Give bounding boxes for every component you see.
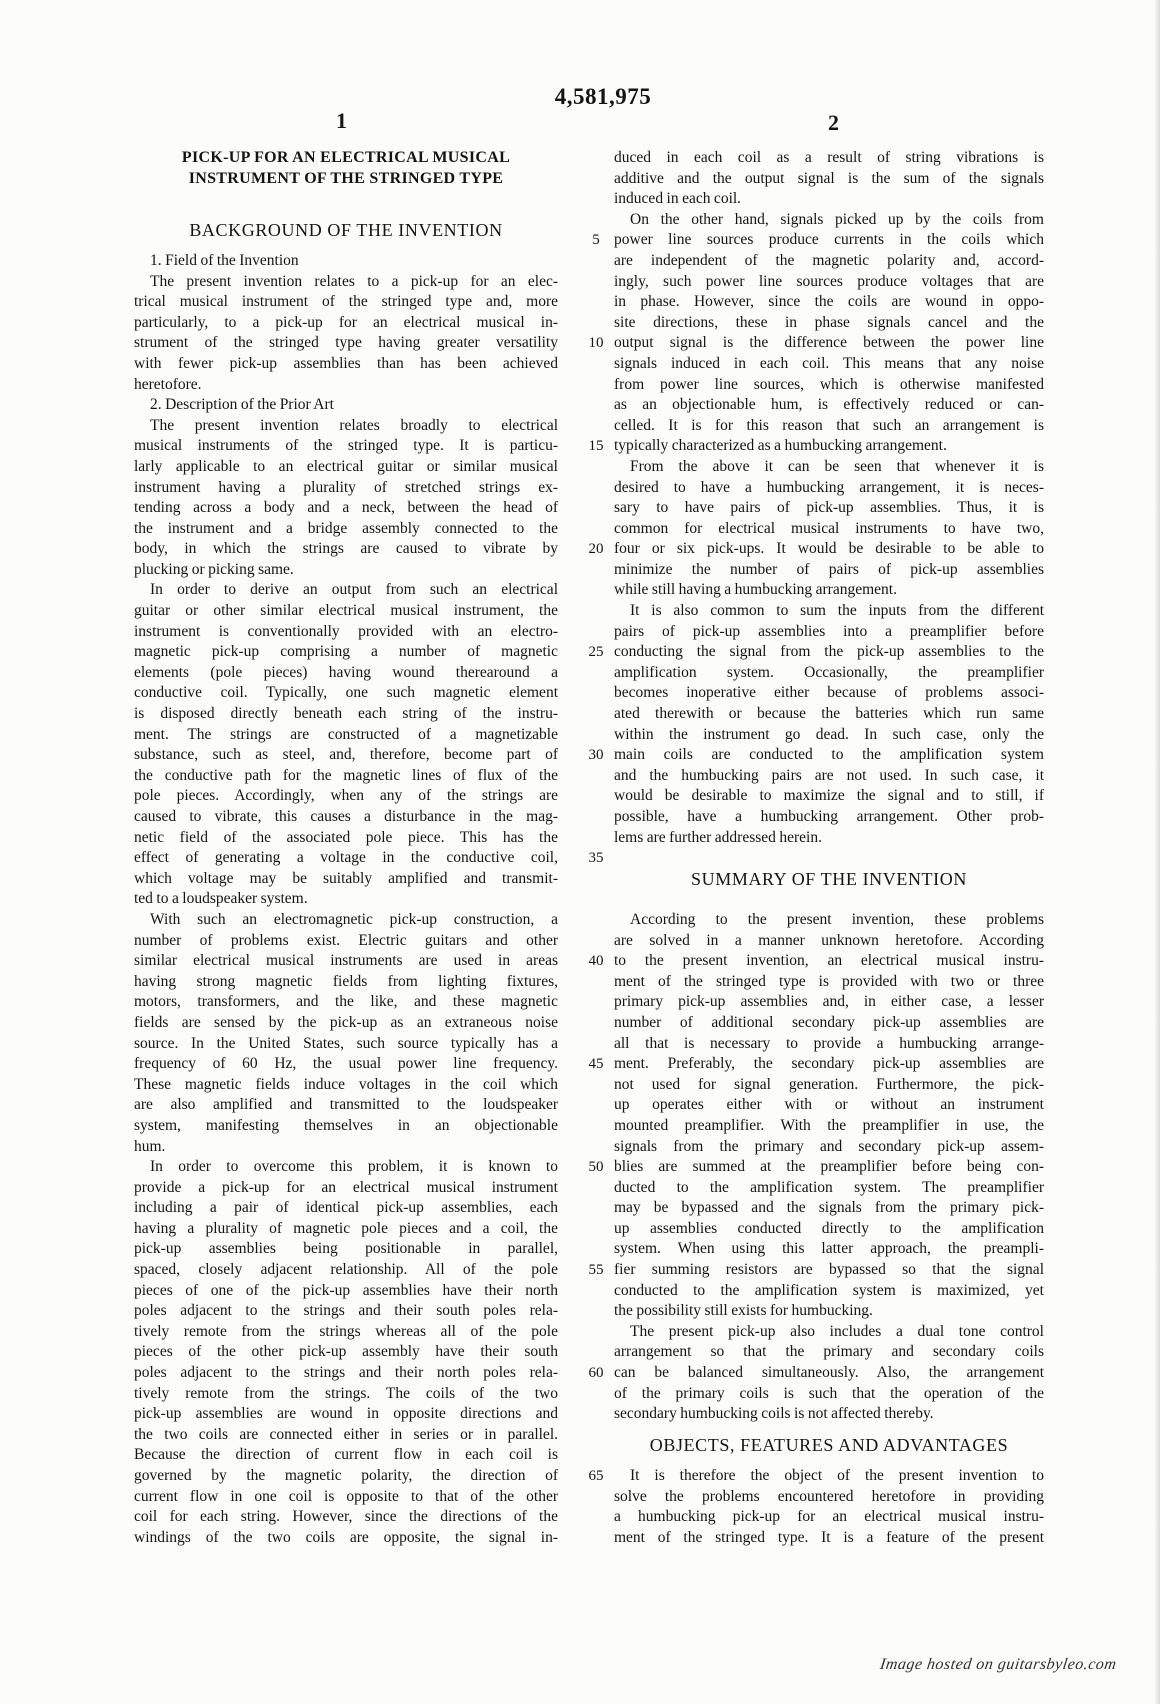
text-line: pick-up assemblies being positionable in… (134, 1239, 558, 1260)
text-line: typically characterized as a humbucking … (614, 436, 1044, 457)
text-line: windings of the two coils are opposite, … (134, 1528, 558, 1549)
text-line: would be desirable to maximize the signa… (614, 786, 1044, 807)
gutter-line-number: 20 (577, 539, 615, 560)
text-line: the two coils are connected either in se… (134, 1425, 558, 1446)
text-line: pick-up assemblies are wound in opposite… (134, 1404, 558, 1425)
text-line: Because the direction of current flow in… (134, 1445, 558, 1466)
column-number-left: 1 (336, 108, 347, 134)
text-line: number of problems exist. Electric guita… (134, 931, 558, 952)
gutter-line-number: 65 (577, 1466, 615, 1487)
text-line: current flow in one coil is opposite to … (134, 1487, 558, 1508)
text-line: minimize the number of pairs of pick-up … (614, 560, 1044, 581)
text-line: the instrument and a bridge assembly con… (134, 519, 558, 540)
gutter-line-number: 50 (577, 1157, 615, 1178)
text-line: solve the problems encountered heretofor… (614, 1487, 1044, 1508)
text-line: tively remote from the strings whereas a… (134, 1322, 558, 1343)
text-line: It is also common to sum the inputs from… (614, 601, 1044, 622)
text-line: The present invention relates to a pick-… (134, 272, 558, 293)
text-line: frequency of 60 Hz, the usual power line… (134, 1054, 558, 1075)
text-line: within the instrument go dead. In such c… (614, 725, 1044, 746)
text-line: mounted preamplifier. With the preamplif… (614, 1116, 1044, 1137)
text-line: ment. The strings are constructed of a m… (134, 725, 558, 746)
text-line: sary to have pairs of pick-up assemblies… (614, 498, 1044, 519)
text-line: celled. It is for this reason that such … (614, 416, 1044, 437)
text-line: are solved in a manner unknown heretofor… (614, 931, 1044, 952)
text-line: instrument having a plurality of stretch… (134, 478, 558, 499)
text-line: magnetic pick-up comprising a number of … (134, 642, 558, 663)
text-line: from power line sources, which is otherw… (614, 375, 1044, 396)
text-line: fields are sensed by the pick-up as an e… (134, 1013, 558, 1034)
text-line: trical musical instrument of the stringe… (134, 292, 558, 313)
text-line: the conductive path for the magnetic lin… (134, 766, 558, 787)
text-line: and the humbucking pairs are not used. I… (614, 766, 1044, 787)
text-line: pairs of pick-up assemblies into a pream… (614, 622, 1044, 643)
patent-title-line: PICK-UP FOR AN ELECTRICAL MUSICAL (134, 148, 558, 169)
text-line: site directions, these in phase signals … (614, 313, 1044, 334)
text-line: particularly, to a pick-up for an electr… (134, 313, 558, 334)
text-line: These magnetic fields induce voltages in… (134, 1075, 558, 1096)
text-line: tively remote from the strings. The coil… (134, 1384, 558, 1405)
text-line: a humbucking pick-up for an electrical m… (614, 1507, 1044, 1528)
text-line: desired to have a humbucking arrangement… (614, 478, 1044, 499)
subheading: 2. Description of the Prior Art (134, 395, 558, 416)
text-line: heretofore. (134, 375, 558, 396)
text-line: caused to vibrate, this causes a disturb… (134, 807, 558, 828)
text-line: plucking or picking same. (134, 560, 558, 581)
gutter-line-numbers: 5101520253035404550556065 (577, 148, 615, 1588)
text-line: is disposed directly beneath each string… (134, 704, 558, 725)
text-line: conducting the signal from the pick-up a… (614, 642, 1044, 663)
text-line: system, manifesting themselves in an obj… (134, 1116, 558, 1137)
right-column: duced in each coil as a result of string… (614, 148, 1044, 1548)
section-heading: BACKGROUND OF THE INVENTION (134, 210, 558, 251)
text-line: main coils are conducted to the amplific… (614, 745, 1044, 766)
spacer (134, 189, 558, 210)
text-line: not used for signal generation. Furtherm… (614, 1075, 1044, 1096)
text-line: system. When using this latter approach,… (614, 1239, 1044, 1260)
gutter-line-number: 15 (577, 436, 615, 457)
text-line: source. In the United States, such sourc… (134, 1034, 558, 1055)
text-line: becomes inoperative either because of pr… (614, 683, 1044, 704)
text-line: governed by the magnetic polarity, the d… (134, 1466, 558, 1487)
gutter-line-number: 55 (577, 1260, 615, 1281)
text-line: induced in each coil. (614, 189, 1044, 210)
text-line: with fewer pick-up assemblies than has b… (134, 354, 558, 375)
text-line: having a plurality of magnetic pole piec… (134, 1219, 558, 1240)
text-line: arrangement so that the primary and seco… (614, 1342, 1044, 1363)
patent-number: 4,581,975 (463, 84, 743, 110)
text-line: the possibility still exists for humbuck… (614, 1301, 1044, 1322)
text-line: while still having a humbucking arrangem… (614, 580, 1044, 601)
text-line: ment of the stringed type is provided wi… (614, 972, 1044, 993)
gutter-line-number: 45 (577, 1054, 615, 1075)
text-line: ated therewith or because the batteries … (614, 704, 1044, 725)
text-line: With such an electromagnetic pick-up con… (134, 910, 558, 931)
text-line: effect of generating a voltage in the co… (134, 848, 558, 869)
text-line: The present invention relates broadly to… (134, 416, 558, 437)
text-line: strument of the stringed type having gre… (134, 333, 558, 354)
text-line: hum. (134, 1137, 558, 1158)
text-line: conductive coil. Typically, one such mag… (134, 683, 558, 704)
text-line: conducted to the amplification system is… (614, 1281, 1044, 1302)
page-edge-shade (1154, 0, 1160, 1704)
text-line: netic field of the associated pole piece… (134, 828, 558, 849)
text-line: From the above it can be seen that whene… (614, 457, 1044, 478)
text-line: pieces of one of the pick-up assemblies … (134, 1281, 558, 1302)
text-line: having strong magnetic fields from light… (134, 972, 558, 993)
text-line: spaced, closely adjacent relationship. A… (134, 1260, 558, 1281)
text-line: amplification system. Occasionally, the … (614, 663, 1044, 684)
text-line: instrument is conventionally provided wi… (134, 622, 558, 643)
section-heading: SUMMARY OF THE INVENTION (614, 848, 1044, 910)
text-line: up operates either with or without an in… (614, 1095, 1044, 1116)
text-line: primary pick-up assemblies and, in eithe… (614, 992, 1044, 1013)
text-line: possible, have a humbucking arrangement.… (614, 807, 1044, 828)
text-line: can be balanced simultaneously. Also, th… (614, 1363, 1044, 1384)
text-line: body, in which the strings are caused to… (134, 539, 558, 560)
text-line: ted to a loudspeaker system. (134, 889, 558, 910)
text-line: In order to derive an output from such a… (134, 580, 558, 601)
gutter-line-number: 40 (577, 951, 615, 972)
text-line: ment of the stringed type. It is a featu… (614, 1528, 1044, 1549)
gutter-line-number: 10 (577, 333, 615, 354)
text-line: guitar or other similar electrical music… (134, 601, 558, 622)
text-line: blies are summed at the preamplifier bef… (614, 1157, 1044, 1178)
text-line: output signal is the difference between … (614, 333, 1044, 354)
text-line: as an objectionable hum, is effectively … (614, 395, 1044, 416)
section-heading: OBJECTS, FEATURES AND ADVANTAGES (614, 1425, 1044, 1466)
text-line: musical instruments of the stringed type… (134, 436, 558, 457)
text-line: duced in each coil as a result of string… (614, 148, 1044, 169)
text-line: coil for each string. However, since the… (134, 1507, 558, 1528)
text-line: substance, such as steel, and, therefore… (134, 745, 558, 766)
text-line: similar electrical musical instruments a… (134, 951, 558, 972)
text-line: poles adjacent to the strings and their … (134, 1301, 558, 1322)
text-line: In order to overcome this problem, it is… (134, 1157, 558, 1178)
text-line: ingly, such power line sources produce v… (614, 272, 1044, 293)
gutter-line-number: 60 (577, 1363, 615, 1384)
text-line: secondary humbucking coils is not affect… (614, 1404, 1044, 1425)
column-number-right: 2 (828, 110, 839, 136)
text-line: It is therefore the object of the presen… (614, 1466, 1044, 1487)
text-line: which voltage may be suitably amplified … (134, 869, 558, 890)
text-line: fier summing resistors are bypassed so t… (614, 1260, 1044, 1281)
text-line: ment. Preferably, the secondary pick-up … (614, 1054, 1044, 1075)
text-line: elements (pole pieces) having wound ther… (134, 663, 558, 684)
text-line: motors, transformers, and the like, and … (134, 992, 558, 1013)
text-line: The present pick-up also includes a dual… (614, 1322, 1044, 1343)
text-line: lems are further addressed herein. (614, 828, 1044, 849)
gutter-line-number: 30 (577, 745, 615, 766)
text-line: all that is necessary to provide a humbu… (614, 1034, 1044, 1055)
watermark: Image hosted on guitarsbyleo.com (879, 1656, 1132, 1674)
text-line: larly applicable to an electrical guitar… (134, 457, 558, 478)
text-line: tending across a body and a neck, betwee… (134, 498, 558, 519)
left-column: PICK-UP FOR AN ELECTRICAL MUSICALINSTRUM… (134, 148, 558, 1548)
text-line: to the present invention, an electrical … (614, 951, 1044, 972)
gutter-line-number: 5 (577, 230, 615, 251)
gutter-line-number: 35 (577, 848, 615, 869)
text-line: pieces of the other pick-up assembly hav… (134, 1342, 558, 1363)
text-line: On the other hand, signals picked up by … (614, 210, 1044, 231)
text-line: including a pair of identical pick-up as… (134, 1198, 558, 1219)
text-line: signals from the primary and secondary p… (614, 1137, 1044, 1158)
text-line: provide a pick-up for an electrical musi… (134, 1178, 558, 1199)
subheading: 1. Field of the Invention (134, 251, 558, 272)
text-line: in phase. However, since the coils are w… (614, 292, 1044, 313)
patent-page: 4,581,975 1 2 PICK-UP FOR AN ELECTRICAL … (0, 0, 1160, 1704)
patent-title-line: INSTRUMENT OF THE STRINGED TYPE (134, 169, 558, 190)
text-line: of the primary coils is such that the op… (614, 1384, 1044, 1405)
text-line: According to the present invention, thes… (614, 910, 1044, 931)
text-line: pole pieces. Accordingly, when any of th… (134, 786, 558, 807)
text-line: additive and the output signal is the su… (614, 169, 1044, 190)
text-line: common for electrical musical instrument… (614, 519, 1044, 540)
text-line: may be bypassed and the signals from the… (614, 1198, 1044, 1219)
text-line: poles adjacent to the strings and their … (134, 1363, 558, 1384)
text-line: signals induced in each coil. This means… (614, 354, 1044, 375)
text-line: ducted to the amplification system. The … (614, 1178, 1044, 1199)
text-line: are independent of the magnetic polarity… (614, 251, 1044, 272)
text-line: are also amplified and transmitted to th… (134, 1095, 558, 1116)
text-line: number of additional secondary pick-up a… (614, 1013, 1044, 1034)
text-line: four or six pick-ups. It would be desira… (614, 539, 1044, 560)
gutter-line-number: 25 (577, 642, 615, 663)
text-line: power line sources produce currents in t… (614, 230, 1044, 251)
text-line: up assemblies conducted directly to the … (614, 1219, 1044, 1240)
